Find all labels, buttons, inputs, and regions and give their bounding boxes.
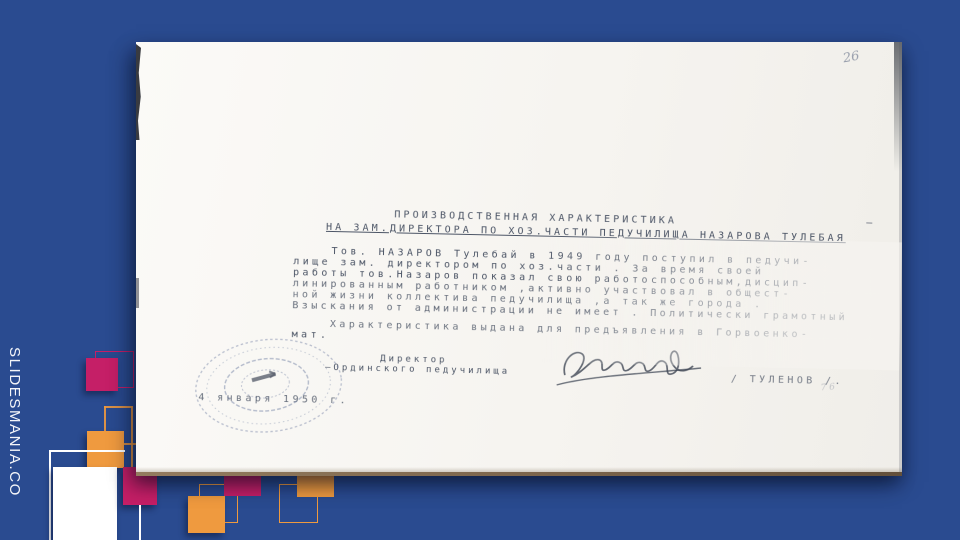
decor-connector-line	[104, 406, 106, 432]
document-text: — ПРОИЗВОДСТВЕННАЯ ХАРАКТЕРИСТИКА НА ЗАМ…	[131, 34, 906, 482]
decor-white-line	[49, 450, 51, 540]
decor-white-line	[49, 450, 125, 452]
signature-role-line2: —Ординского педучилища	[325, 363, 510, 377]
decor-white-line	[139, 505, 141, 540]
slide-background: SLIDESMANIA.CO 26 — ПРОИЗВОДСТВЕННАЯ ХАР…	[0, 0, 960, 540]
scanned-document: 26 — ПРОИЗВОДСТВЕННАЯ ХАРАКТЕРИСТИКА НА …	[136, 42, 902, 473]
decor-square-white	[53, 467, 117, 540]
decor-square-magenta-3	[224, 476, 261, 496]
handwritten-signature	[551, 341, 732, 397]
document-title-line2: НА ЗАМ.ДИРЕКТОРА ПО ХОЗ.ЧАСТИ ПЕДУЧИЛИЩА…	[326, 222, 846, 244]
decor-square-magenta-1	[86, 358, 118, 391]
decor-square-orange-2	[188, 496, 225, 533]
corner-dash: —	[866, 218, 876, 229]
decor-connector-line	[104, 406, 133, 408]
body-line: Характеристика выдана для предъявления в…	[330, 319, 811, 340]
pencil-marks: 7 6	[820, 382, 835, 393]
decor-square-orange-3	[297, 476, 334, 497]
slidesmania-brand-text: SLIDESMANIA.CO	[6, 347, 23, 539]
round-stamp	[189, 333, 347, 438]
